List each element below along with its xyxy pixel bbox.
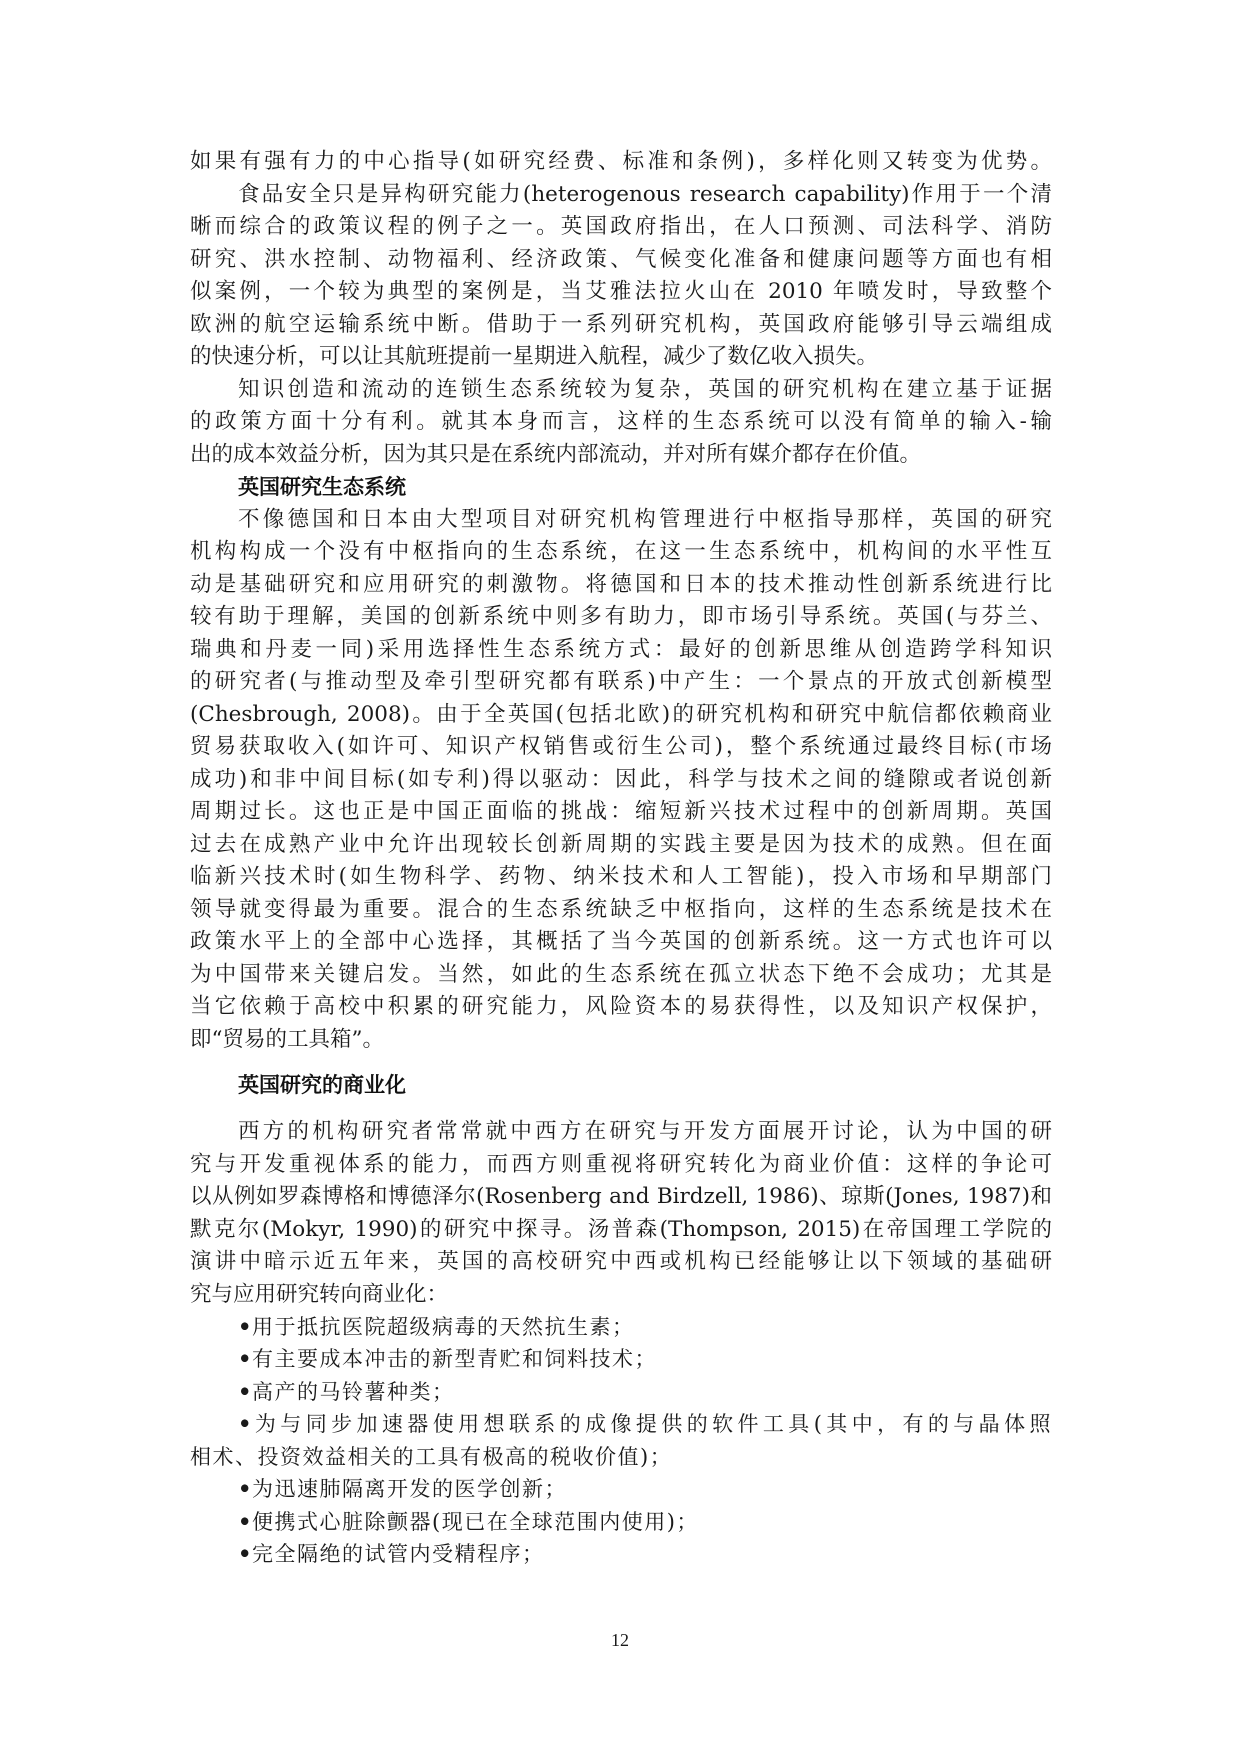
- bullet-icon: •: [238, 1538, 252, 1570]
- list-item: •为迅速肺隔离开发的医学创新；: [238, 1473, 567, 1505]
- list-item: •完全隔绝的试管内受精程序；: [238, 1538, 545, 1570]
- paragraph-line: 似案例，一个较为典型的案例是，当艾雅法拉火山在 2010 年喷发时，导致整个: [190, 276, 1052, 308]
- paragraph-line: 研究、洪水控制、动物福利、经济政策、气候变化准备和健康问题等方面也有相: [190, 244, 1052, 276]
- paragraph-line: 机构构成一个没有中枢指向的生态系统，在这一生态系统中，机构间的水平性互: [190, 536, 1052, 568]
- paragraph-line: 当它依赖于高校中积累的研究能力，风险资本的易获得性，以及知识产权保护，: [190, 991, 1052, 1023]
- paragraph-line: 究与应用研究转向商业化：: [190, 1279, 1052, 1311]
- paragraph-line: 食品安全只是异构研究能力(heterogenous research capab…: [238, 179, 1052, 211]
- paragraph-line: (Chesbrough, 2008)。由于全英国(包括北欧)的研究机构和研究中航…: [190, 699, 1052, 731]
- list-item: •有主要成本冲击的新型青贮和饲料技术；: [238, 1343, 657, 1375]
- paragraph-line: 欧洲的航空运输系统中断。借助于一系列研究机构，英国政府能够引导云端组成: [190, 309, 1052, 341]
- paragraph-line: 临新兴技术时(如生物科学、药物、纳米技术和人工智能)，投入市场和早期部门: [190, 861, 1052, 893]
- bullet-icon: •: [238, 1473, 252, 1505]
- list-item: •为与同步加速器使用想联系的成像提供的软件工具(其中，有的与晶体照: [238, 1408, 1052, 1440]
- paragraph-line: 知识创造和流动的连锁生态系统较为复杂，英国的研究机构在建立基于证据: [238, 374, 1052, 406]
- section-heading-uk-research-commercialization: 英国研究的商业化: [238, 1069, 406, 1101]
- paragraph-line: 西方的机构研究者常常就中西方在研究与开发方面展开讨论，认为中国的研: [238, 1116, 1052, 1148]
- paragraph-line: 为中国带来关键启发。当然，如此的生态系统在孤立状态下绝不会成功；尤其是: [190, 959, 1052, 991]
- paragraph-line: 周期过长。这也正是中国正面临的挑战：缩短新兴技术过程中的创新周期。英国: [190, 796, 1052, 828]
- bullet-icon: •: [238, 1506, 252, 1538]
- paragraph-line: 过去在成熟产业中允许出现较长创新周期的实践主要是因为技术的成熟。但在面: [190, 829, 1052, 861]
- list-item-text: 为与同步加速器使用想联系的成像提供的软件工具(其中，有的与晶体照: [252, 1412, 1052, 1436]
- list-item-text: 用于抵抗医院超级病毒的天然抗生素；: [252, 1315, 635, 1339]
- paragraph-line: 不像德国和日本由大型项目对研究机构管理进行中枢指导那样，英国的研究: [238, 504, 1052, 536]
- list-item: •高产的马铃薯种类；: [238, 1376, 455, 1408]
- paragraph-line: 的政策方面十分有利。就其本身而言，这样的生态系统可以没有简单的输入-输: [190, 406, 1052, 438]
- list-item-text: 有主要成本冲击的新型青贮和饲料技术；: [252, 1347, 657, 1371]
- list-item: •便携式心脏除颤器(现已在全球范围内使用)；: [238, 1506, 699, 1538]
- paragraph-line: 贸易获取收入(如许可、知识产权销售或衍生公司)，整个系统通过最终目标(市场: [190, 731, 1052, 763]
- paragraph-line: 领导就变得最为重要。混合的生态系统缺乏中枢指向，这样的生态系统是技术在: [190, 894, 1052, 926]
- list-item-text: 完全隔绝的试管内受精程序；: [252, 1542, 545, 1566]
- bullet-icon: •: [238, 1408, 252, 1440]
- list-item-text: 高产的马铃薯种类；: [252, 1380, 455, 1404]
- list-item-text: 为迅速肺隔离开发的医学创新；: [252, 1477, 567, 1501]
- bullet-icon: •: [238, 1343, 252, 1375]
- paragraph-line: 晰而综合的政策议程的例子之一。英国政府指出，在人口预测、司法科学、消防: [190, 211, 1052, 243]
- paragraph-line: 的研究者(与推动型及牵引型研究都有联系)中产生：一个景点的开放式创新模型: [190, 666, 1052, 698]
- section-heading-uk-research-ecosystem: 英国研究生态系统: [238, 471, 406, 503]
- bullet-icon: •: [238, 1376, 252, 1408]
- paragraph-line: 以从例如罗森博格和博德泽尔(Rosenberg and Birdzell, 19…: [190, 1181, 1052, 1213]
- list-item-text: 便携式心脏除颤器(现已在全球范围内使用)；: [252, 1510, 699, 1534]
- paragraph-line: 出的成本效益分析，因为其只是在系统内部流动，并对所有媒介都存在价值。: [190, 439, 1052, 471]
- paragraph-line: 默克尔(Mokyr, 1990)的研究中探寻。汤普森(Thompson, 201…: [190, 1214, 1052, 1246]
- paragraph-line: 即“贸易的工具箱”。: [190, 1024, 1052, 1056]
- page-number: 12: [0, 1630, 1240, 1651]
- bullet-icon: •: [238, 1311, 252, 1343]
- paragraph-line: 较有助于理解，美国的创新系统中则多有助力，即市场引导系统。英国(与芬兰、: [190, 601, 1052, 633]
- list-item: •用于抵抗医院超级病毒的天然抗生素；: [238, 1311, 635, 1343]
- paragraph-line: 如果有强有力的中心指导(如研究经费、标准和条例)，多样化则又转变为优势。: [190, 146, 1052, 178]
- document-page: 如果有强有力的中心指导(如研究经费、标准和条例)，多样化则又转变为优势。 食品安…: [0, 0, 1240, 1753]
- paragraph-line: 动是基础研究和应用研究的刺激物。将德国和日本的技术推动性创新系统进行比: [190, 569, 1052, 601]
- paragraph-line: 演讲中暗示近五年来，英国的高校研究中西或机构已经能够让以下领域的基础研: [190, 1246, 1052, 1278]
- paragraph-line: 究与开发重视体系的能力，而西方则重视将研究转化为商业价值：这样的争论可: [190, 1149, 1052, 1181]
- list-item-continuation: 相术、投资效益相关的工具有极高的税收价值)；: [190, 1441, 672, 1473]
- paragraph-line: 的快速分析，可以让其航班提前一星期进入航程，减少了数亿收入损失。: [190, 341, 1052, 373]
- paragraph-line: 政策水平上的全部中心选择，其概括了当今英国的创新系统。这一方式也许可以: [190, 926, 1052, 958]
- paragraph-line: 瑞典和丹麦一同)采用选择性生态系统方式：最好的创新思维从创造跨学科知识: [190, 634, 1052, 666]
- paragraph-line: 成功)和非中间目标(如专利)得以驱动：因此，科学与技术之间的缝隙或者说创新: [190, 764, 1052, 796]
